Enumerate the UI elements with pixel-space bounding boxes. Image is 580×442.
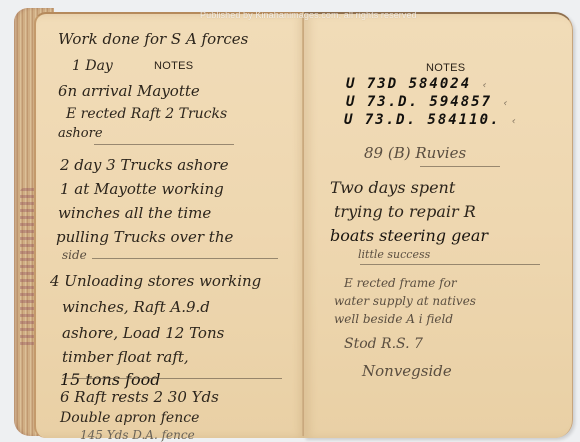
grid-reference-code: U 73D 584024	[346, 76, 471, 92]
handwritten-line: winches, Raft A.9.d	[62, 298, 210, 316]
check-mark-icon: ‹	[482, 80, 490, 91]
handwritten-line: 15 tons food	[60, 370, 161, 389]
notebook: NOTES Work done for S A forces 1 Day 6n …	[14, 4, 576, 438]
divider-line	[360, 264, 540, 265]
handwritten-line: 6n arrival Mayotte	[58, 82, 200, 100]
left-page-header: NOTES	[154, 60, 193, 72]
handwritten-line: pulling Trucks over the	[56, 228, 233, 246]
handwritten-line: boats steering gear	[330, 226, 488, 245]
handwritten-line: Stod R.S. 7	[344, 336, 423, 352]
right-page-header: NOTES	[426, 62, 465, 74]
handwritten-line: 2 day 3 Trucks ashore	[60, 156, 229, 174]
handwritten-line: side	[62, 248, 87, 262]
check-mark-icon: ‹	[511, 116, 519, 127]
handwritten-line: timber float raft,	[62, 348, 189, 366]
left-page: NOTES Work done for S A forces 1 Day 6n …	[34, 12, 306, 438]
handwritten-line: 6 Raft rests 2 30 Yds	[60, 388, 219, 406]
handwritten-line: 145 Yds D.A. fence	[80, 428, 195, 442]
check-mark-icon: ‹	[502, 98, 510, 109]
handwritten-line: 1 Day	[72, 58, 113, 74]
divider-line	[94, 144, 234, 145]
handwritten-line: Double apron fence	[60, 410, 199, 426]
handwritten-line: Nonvegside	[362, 362, 452, 380]
divider-line	[62, 378, 282, 379]
handwritten-line: 4 Unloading stores working	[50, 272, 261, 290]
handwritten-line: water supply at natives	[334, 294, 476, 308]
grid-reference-code: U 73.D. 594857	[346, 94, 492, 110]
grid-reference: U 73.D. 594857 ‹	[346, 94, 510, 110]
grid-reference: U 73.D. 584110. ‹	[344, 112, 519, 128]
grid-reference-code: U 73.D. 584110.	[344, 112, 500, 128]
handwritten-line: E rected frame for	[344, 276, 457, 290]
watermark: Published by Kinahanimages.com, all righ…	[200, 10, 417, 20]
divider-line	[420, 166, 500, 167]
handwritten-line: 1 at Mayotte working	[60, 180, 224, 198]
grid-reference: U 73D 584024 ‹	[346, 76, 490, 92]
handwritten-line: little success	[358, 248, 430, 261]
handwritten-line: trying to repair R	[334, 202, 476, 221]
handwritten-line: Work done for S A forces	[58, 30, 248, 48]
divider-line	[92, 258, 278, 259]
handwritten-line: ashore, Load 12 Tons	[62, 324, 224, 342]
right-page: NOTES U 73D 584024 ‹ U 73.D. 594857 ‹ U …	[304, 12, 573, 438]
handwritten-line: ashore	[58, 126, 103, 141]
handwritten-line: winches all the time	[58, 204, 211, 222]
handwritten-line: well beside A i field	[334, 312, 453, 326]
handwritten-line: E rected Raft 2 Trucks	[66, 106, 227, 122]
handwritten-line: 89 (B) Ruvies	[364, 144, 466, 162]
handwritten-line: Two days spent	[330, 178, 455, 197]
